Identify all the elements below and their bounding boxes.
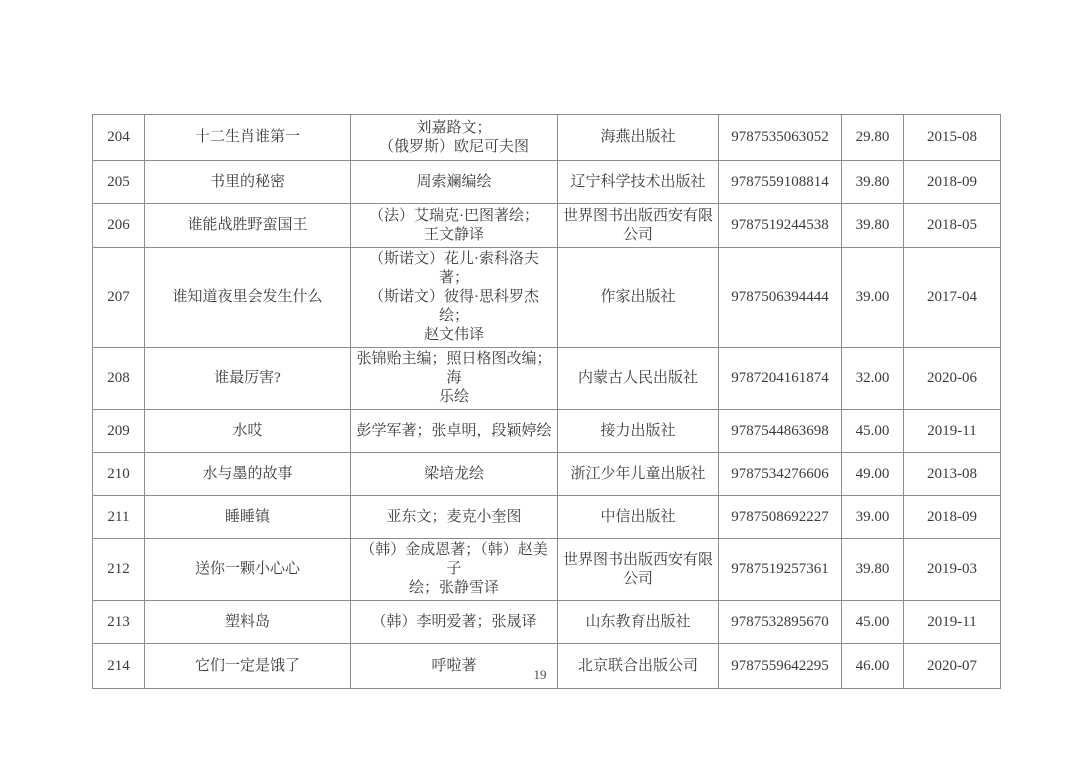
cell-pub-date: 2018-05: [904, 204, 1001, 248]
cell-price: 39.80: [842, 204, 904, 248]
cell-publisher: 世界图书出版西安有限 公司: [558, 539, 719, 601]
cell-title: 十二生肖谁第一: [145, 115, 351, 161]
cell-author: （韩）李明爱著；张晟译: [351, 601, 558, 644]
cell-title: 谁知道夜里会发生什么: [145, 248, 351, 348]
cell-author: （法）艾瑞克·巴图著绘； 王文静译: [351, 204, 558, 248]
book-list-table: 204 十二生肖谁第一 刘嘉路文； （俄罗斯）欧尼可夫图 海燕出版社 97875…: [92, 114, 1001, 689]
cell-title: 谁能战胜野蛮国王: [145, 204, 351, 248]
table-row: 209 水哎 彭学军著；张卓明，段颖婷绘 接力出版社 9787544863698…: [93, 410, 1001, 453]
table-row: 207 谁知道夜里会发生什么 （斯诺文）花儿·索科洛夫著； （斯诺文）彼得·思科…: [93, 248, 1001, 348]
cell-publisher: 接力出版社: [558, 410, 719, 453]
cell-publisher: 浙江少年儿童出版社: [558, 453, 719, 496]
cell-isbn: 9787534276606: [719, 453, 842, 496]
cell-isbn: 9787544863698: [719, 410, 842, 453]
cell-no: 207: [93, 248, 145, 348]
cell-price: 39.00: [842, 248, 904, 348]
cell-pub-date: 2018-09: [904, 496, 1001, 539]
table-row: 205 书里的秘密 周索斓编绘 辽宁科学技术出版社 9787559108814 …: [93, 161, 1001, 204]
cell-no: 204: [93, 115, 145, 161]
cell-pub-date: 2015-08: [904, 115, 1001, 161]
table-row: 204 十二生肖谁第一 刘嘉路文； （俄罗斯）欧尼可夫图 海燕出版社 97875…: [93, 115, 1001, 161]
table-row: 210 水与墨的故事 梁培龙绘 浙江少年儿童出版社 9787534276606 …: [93, 453, 1001, 496]
cell-pub-date: 2017-04: [904, 248, 1001, 348]
table-row: 206 谁能战胜野蛮国王 （法）艾瑞克·巴图著绘； 王文静译 世界图书出版西安有…: [93, 204, 1001, 248]
cell-title: 谁最厉害?: [145, 348, 351, 410]
cell-isbn: 9787559108814: [719, 161, 842, 204]
document-page: 204 十二生肖谁第一 刘嘉路文； （俄罗斯）欧尼可夫图 海燕出版社 97875…: [0, 0, 1080, 763]
cell-isbn: 9787519257361: [719, 539, 842, 601]
cell-no: 213: [93, 601, 145, 644]
table-row: 212 送你一颗小心心 （韩）金成恩著；（韩）赵美子 绘；张静雪译 世界图书出版…: [93, 539, 1001, 601]
cell-pub-date: 2013-08: [904, 453, 1001, 496]
cell-title: 书里的秘密: [145, 161, 351, 204]
cell-title: 水哎: [145, 410, 351, 453]
cell-publisher: 辽宁科学技术出版社: [558, 161, 719, 204]
cell-price: 45.00: [842, 410, 904, 453]
cell-publisher: 作家出版社: [558, 248, 719, 348]
cell-pub-date: 2020-06: [904, 348, 1001, 410]
cell-author: （韩）金成恩著；（韩）赵美子 绘；张静雪译: [351, 539, 558, 601]
cell-no: 211: [93, 496, 145, 539]
cell-publisher: 海燕出版社: [558, 115, 719, 161]
cell-isbn: 9787508692227: [719, 496, 842, 539]
cell-price: 45.00: [842, 601, 904, 644]
cell-pub-date: 2019-11: [904, 601, 1001, 644]
page-number: 19: [0, 667, 1080, 683]
cell-author: 彭学军著；张卓明，段颖婷绘: [351, 410, 558, 453]
cell-author: 周索斓编绘: [351, 161, 558, 204]
cell-price: 49.00: [842, 453, 904, 496]
cell-no: 212: [93, 539, 145, 601]
cell-publisher: 内蒙古人民出版社: [558, 348, 719, 410]
cell-isbn: 9787204161874: [719, 348, 842, 410]
cell-no: 205: [93, 161, 145, 204]
cell-pub-date: 2019-03: [904, 539, 1001, 601]
cell-isbn: 9787535063052: [719, 115, 842, 161]
cell-author: 张锦贻主编；照日格图改编；海 乐绘: [351, 348, 558, 410]
table-row: 208 谁最厉害? 张锦贻主编；照日格图改编；海 乐绘 内蒙古人民出版社 978…: [93, 348, 1001, 410]
cell-price: 39.80: [842, 161, 904, 204]
table-row: 213 塑料岛 （韩）李明爱著；张晟译 山东教育出版社 978753289567…: [93, 601, 1001, 644]
cell-no: 209: [93, 410, 145, 453]
cell-author: 梁培龙绘: [351, 453, 558, 496]
cell-publisher: 中信出版社: [558, 496, 719, 539]
cell-title: 睡睡镇: [145, 496, 351, 539]
cell-publisher: 世界图书出版西安有限 公司: [558, 204, 719, 248]
cell-price: 39.00: [842, 496, 904, 539]
cell-isbn: 9787506394444: [719, 248, 842, 348]
cell-title: 水与墨的故事: [145, 453, 351, 496]
cell-author: 亚东文；麦克小奎图: [351, 496, 558, 539]
cell-isbn: 9787519244538: [719, 204, 842, 248]
cell-pub-date: 2019-11: [904, 410, 1001, 453]
cell-pub-date: 2018-09: [904, 161, 1001, 204]
cell-price: 29.80: [842, 115, 904, 161]
cell-isbn: 9787532895670: [719, 601, 842, 644]
cell-author: 刘嘉路文； （俄罗斯）欧尼可夫图: [351, 115, 558, 161]
cell-no: 210: [93, 453, 145, 496]
cell-price: 39.80: [842, 539, 904, 601]
cell-no: 206: [93, 204, 145, 248]
table-row: 211 睡睡镇 亚东文；麦克小奎图 中信出版社 9787508692227 39…: [93, 496, 1001, 539]
cell-no: 208: [93, 348, 145, 410]
cell-title: 送你一颗小心心: [145, 539, 351, 601]
cell-title: 塑料岛: [145, 601, 351, 644]
cell-publisher: 山东教育出版社: [558, 601, 719, 644]
cell-price: 32.00: [842, 348, 904, 410]
cell-author: （斯诺文）花儿·索科洛夫著； （斯诺文）彼得·思科罗杰绘； 赵文伟译: [351, 248, 558, 348]
